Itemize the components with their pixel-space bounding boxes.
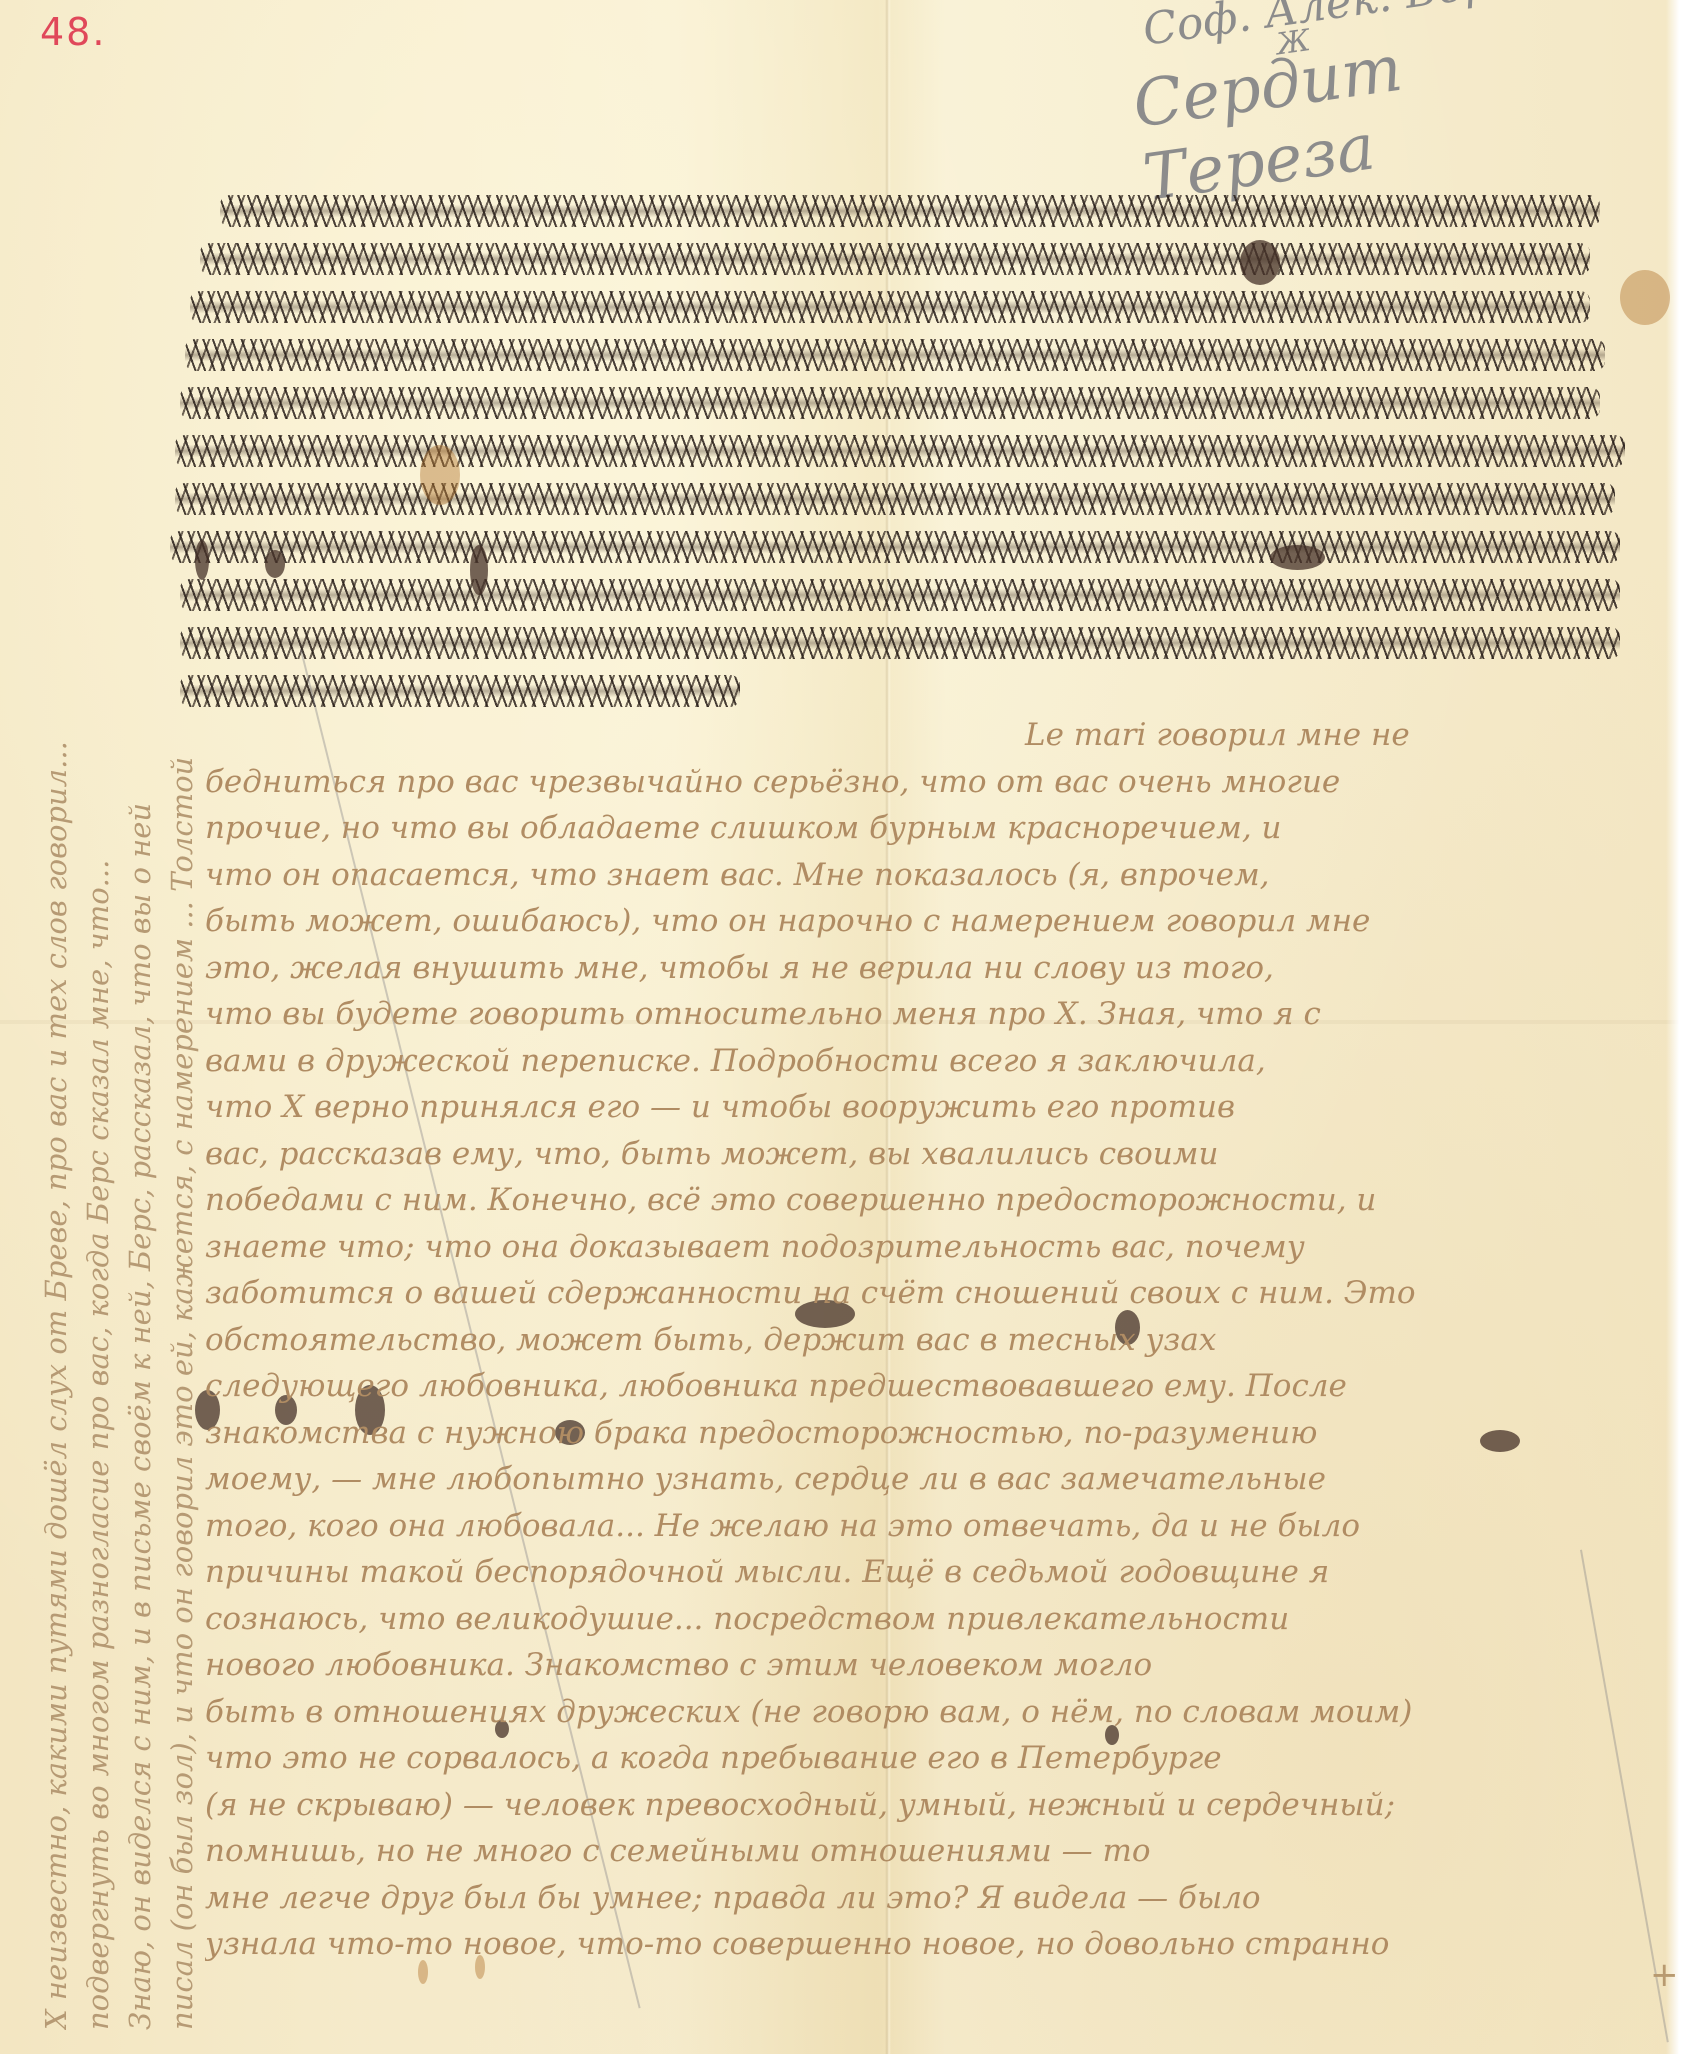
letter-line: (я не скрываю) — человек превосходный, у… (205, 1782, 1665, 1829)
margin-line: Знаю, он виделся с ним, и в письме своём… (119, 180, 161, 2030)
margin-line: писал (он был зол), и что он говорил это… (161, 180, 203, 2030)
letter-line: причины такой беспорядочной мысли. Ещё в… (205, 1549, 1665, 1596)
margin-line: подвергнуть во многом разногласие про ва… (77, 180, 119, 2030)
crossed-out-line (190, 291, 1590, 323)
letter-line: что X верно принялся его — и чтобы воору… (205, 1084, 1665, 1131)
crossed-out-line (175, 435, 1625, 467)
letter-line: следующего любовника, любовника предшест… (205, 1363, 1665, 1410)
crossed-out-line (200, 243, 1590, 275)
crossed-out-line (220, 195, 1600, 227)
pencil-annotation: Соф. Алек. Берс Ж Сердит Тереза (1120, 0, 1663, 206)
water-stain (1620, 270, 1670, 325)
corner-cross-mark: + (1650, 1955, 1679, 1995)
ink-stain (1240, 240, 1280, 285)
letter-line: вами в дружеской переписке. Подробности … (205, 1038, 1665, 1085)
letter-line: Le mari говорил мне не (205, 712, 1665, 759)
letter-body: Le mari говорил мне не бедниться про вас… (205, 712, 1665, 1968)
letter-line: что вы будете говорить относительно меня… (205, 991, 1665, 1038)
left-margin-note: X неизвестно, какими путями дошёл слух о… (35, 180, 203, 2030)
letter-line: сознаюсь, что великодушие... посредством… (205, 1596, 1665, 1643)
manuscript-page: 48. Соф. Алек. Берс Ж Сердит Тереза Le m… (0, 0, 1688, 2054)
letter-line: прочие, но что вы обладаете слишком бурн… (205, 805, 1665, 852)
rust-stain (420, 445, 460, 505)
letter-line: помнишь, но не много с семейными отношен… (205, 1828, 1665, 1875)
letter-line: мне легче друг был бы умнее; правда ли э… (205, 1875, 1665, 1922)
crossed-out-line (170, 531, 1620, 563)
letter-line: что это не сорвалось, а когда пребывание… (205, 1735, 1665, 1782)
margin-line: X неизвестно, какими путями дошёл слух о… (35, 180, 77, 2030)
crossed-out-line (180, 627, 1620, 659)
letter-line: моему, — мне любопытно узнать, сердце ли… (205, 1456, 1665, 1503)
letter-line: заботится о вашей сдержанности на счёт с… (205, 1270, 1665, 1317)
letter-line: быть в отношениях дружеских (не говорю в… (205, 1689, 1665, 1736)
ink-stain (470, 545, 488, 595)
crossed-out-line (180, 675, 740, 707)
crossed-out-line (185, 339, 1605, 371)
letter-line: быть может, ошибаюсь), что он нарочно с … (205, 898, 1665, 945)
letter-line: это, желая внушить мне, чтобы я не верил… (205, 945, 1665, 992)
crossed-out-line (180, 579, 1620, 611)
letter-line: знакомства с нужною брака предосторожнос… (205, 1410, 1665, 1457)
letter-line: бедниться про вас чрезвычайно серьёзно, … (205, 759, 1665, 806)
letter-line: нового любовника. Знакомство с этим чело… (205, 1642, 1665, 1689)
letter-line: обстоятельство, может быть, держит вас в… (205, 1317, 1665, 1364)
ink-stain (265, 550, 285, 578)
letter-line: что он опасается, что знает вас. Мне пок… (205, 852, 1665, 899)
ink-stain (1270, 545, 1325, 570)
letter-line: вас, рассказав ему, что, быть может, вы … (205, 1131, 1665, 1178)
folio-number: 48. (40, 10, 106, 54)
letter-line: узнала что-то новое, что-то совершенно н… (205, 1921, 1665, 1968)
crossed-out-line (180, 387, 1600, 419)
letter-line: победами с ним. Конечно, всё это соверше… (205, 1177, 1665, 1224)
letter-line: знаете что; что она доказывает подозрите… (205, 1224, 1665, 1271)
letter-line: того, кого она любовала... Не желаю на э… (205, 1503, 1665, 1550)
paper-right-edge (1666, 0, 1688, 2054)
crossed-out-line (175, 483, 1615, 515)
crossed-out-block (190, 195, 1630, 723)
